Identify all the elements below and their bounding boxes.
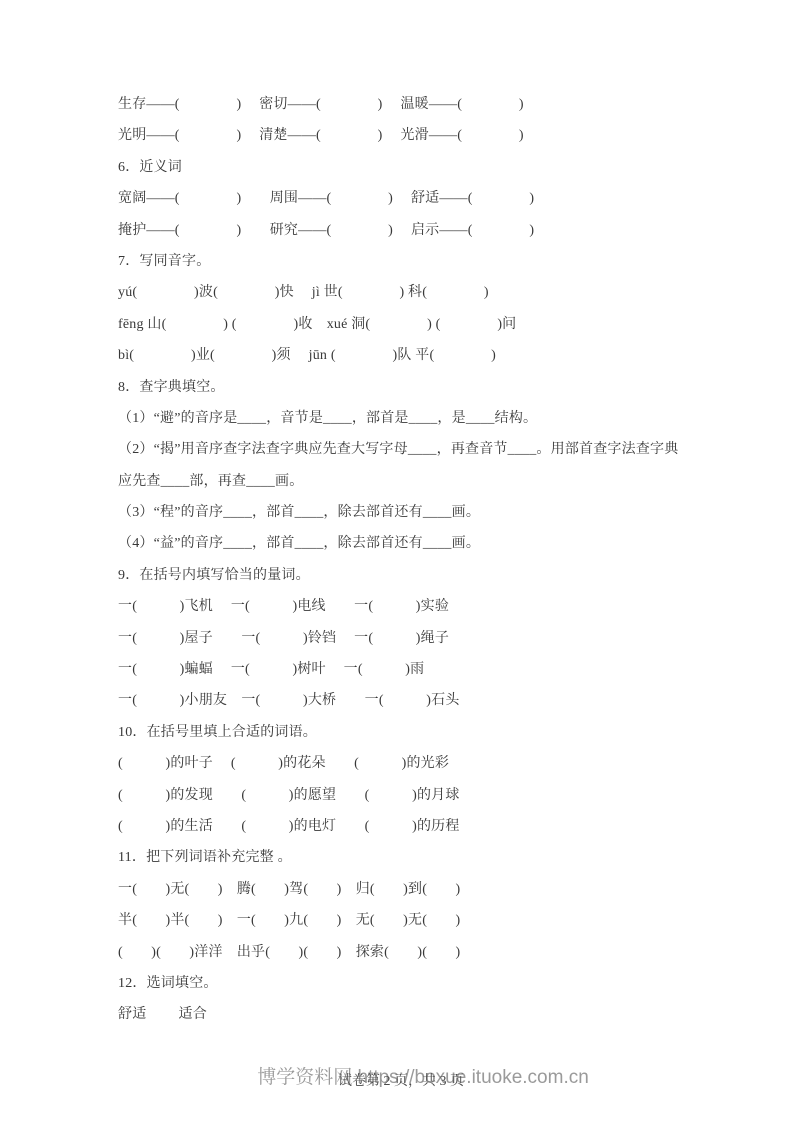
question-11-header: 11．把下列词语补充完整 。 <box>118 842 684 873</box>
dictionary-item-4: （4）“益”的音序____，部首____，除去部首还有____画。 <box>118 528 684 559</box>
question-6-header: 6．近义词 <box>118 152 684 183</box>
homophone-line: fēng 山( ) ( )收 xué 洞( ) ( )问 <box>118 309 684 340</box>
idiom-fill-line: 半( )半( ) 一( )九( ) 无( )无( ) <box>118 905 684 936</box>
word-choice-options: 舒适 适合 <box>118 999 684 1030</box>
idiom-fill-line: ( )( )洋洋 出乎( )( ) 探索( )( ) <box>118 937 684 968</box>
page-number-label: 试卷第 2 页，共 3 页 <box>338 1070 464 1090</box>
worksheet-page: 生存——( ) 密切——( ) 温暖——( ) 光明——( ) 清楚——( ) … <box>0 0 793 1122</box>
homophone-line: yú( )波( )快 jì 世( ) 科( ) <box>118 277 684 308</box>
synonym-pair-line: 宽阔——( ) 周围——( ) 舒适——( ) <box>118 183 684 214</box>
measure-word-line: 一( )屋子 一( )铃铛 一( )绳子 <box>118 623 684 654</box>
question-7-header: 7．写同音字。 <box>118 246 684 277</box>
question-8-header: 8．查字典填空。 <box>118 372 684 403</box>
question-9-header: 9．在括号内填写恰当的量词。 <box>118 560 684 591</box>
word-pair-line: 光明——( ) 清楚——( ) 光滑——( ) <box>118 120 684 151</box>
dictionary-item-2-wrap: 应先查____部，再查____画。 <box>118 466 684 497</box>
idiom-fill-line: 一( )无( ) 腾( )驾( ) 归( )到( ) <box>118 874 684 905</box>
phrase-fill-line: ( )的叶子 ( )的花朵 ( )的光彩 <box>118 748 684 779</box>
question-12-header: 12．选词填空。 <box>118 968 684 999</box>
question-10-header: 10．在括号里填上合适的词语。 <box>118 717 684 748</box>
homophone-line: bì( )业( )须 jūn ( )队 平( ) <box>118 340 684 371</box>
worksheet-content: 生存——( ) 密切——( ) 温暖——( ) 光明——( ) 清楚——( ) … <box>118 89 684 1031</box>
measure-word-line: 一( )蝙蝠 一( )树叶 一( )雨 <box>118 654 684 685</box>
dictionary-item-2: （2）“揭”用音序查字法查字典应先查大写字母____，再查音节____。用部首查… <box>118 434 684 465</box>
measure-word-line: 一( )小朋友 一( )大桥 一( )石头 <box>118 685 684 716</box>
measure-word-line: 一( )飞机 一( )电线 一( )实验 <box>118 591 684 622</box>
phrase-fill-line: ( )的发现 ( )的愿望 ( )的月球 <box>118 780 684 811</box>
synonym-pair-line: 掩护——( ) 研究——( ) 启示——( ) <box>118 215 684 246</box>
phrase-fill-line: ( )的生活 ( )的电灯 ( )的历程 <box>118 811 684 842</box>
dictionary-item-1: （1）“避”的音序是____，音节是____，部首是____，是____结构。 <box>118 403 684 434</box>
word-pair-line: 生存——( ) 密切——( ) 温暖——( ) <box>118 89 684 120</box>
dictionary-item-3: （3）“程”的音序____，部首____，除去部首还有____画。 <box>118 497 684 528</box>
